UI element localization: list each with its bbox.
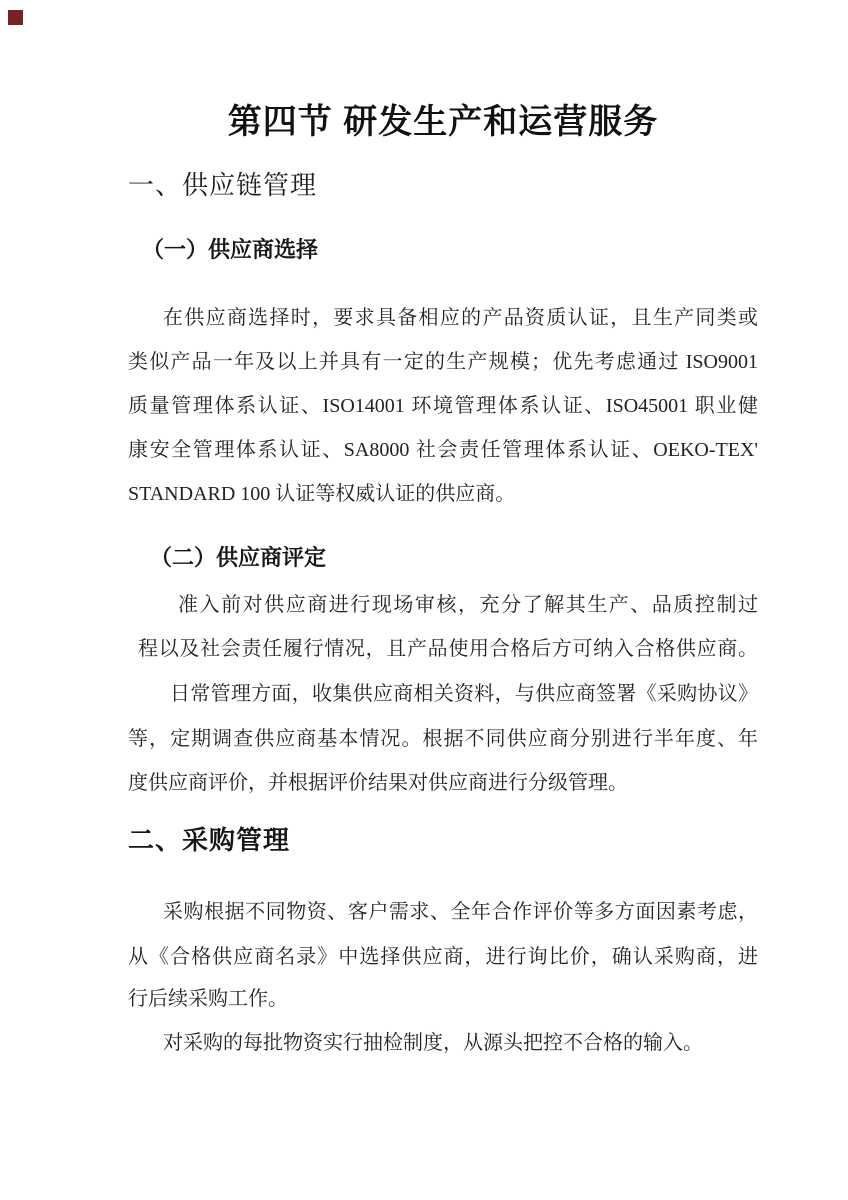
- body-line: 等，定期调查供应商基本情况。根据不同供应商分别进行半年度、年: [128, 717, 758, 761]
- heading-level2: （一）供应商选择: [128, 228, 758, 272]
- body-line: 程以及社会责任履行情况，且产品使用合格后方可纳入合格供应商。: [128, 627, 758, 671]
- body-line: 质量管理体系认证、ISO14001 环境管理体系认证、ISO45001 职业健: [128, 384, 758, 428]
- heading-level1: 一、供应链管理: [128, 164, 758, 208]
- body-line: 准入前对供应商进行现场审核，充分了解其生产、品质控制过: [128, 583, 758, 627]
- body-line: 度供应商评价，并根据评价结果对供应商进行分级管理。: [128, 761, 758, 805]
- body-line: 康安全管理体系认证、SA8000 社会责任管理体系认证、OEKO-TEX': [128, 428, 758, 472]
- body-line: 从《合格供应商名录》中选择供应商，进行询比价，确认采购商，进: [128, 935, 758, 979]
- heading-level2: （二）供应商评定: [128, 536, 758, 580]
- body-line: 对采购的每批物资实行抽检制度，从源头把控不合格的输入。: [128, 1021, 758, 1065]
- body-line: 日常管理方面，收集供应商相关资料，与供应商签署《采购协议》: [128, 672, 758, 716]
- body-line: 行后续采购工作。: [128, 977, 758, 1021]
- heading-level1: 二、采购管理: [128, 819, 758, 863]
- body-line: 采购根据不同物资、客户需求、全年合作评价等多方面因素考虑，: [128, 890, 758, 934]
- body-line: 类似产品一年及以上并具有一定的生产规模；优先考虑通过 ISO9001: [128, 340, 758, 384]
- body-line: 在供应商选择时，要求具备相应的产品资质认证，且生产同类或: [128, 296, 758, 340]
- page-corner-marker: [8, 10, 23, 25]
- body-line: STANDARD 100 认证等权威认证的供应商。: [128, 472, 758, 516]
- document-page: 第四节 研发生产和运营服务一、供应链管理（一）供应商选择在供应商选择时，要求具备…: [0, 0, 848, 1200]
- section-title: 第四节 研发生产和运营服务: [128, 100, 758, 144]
